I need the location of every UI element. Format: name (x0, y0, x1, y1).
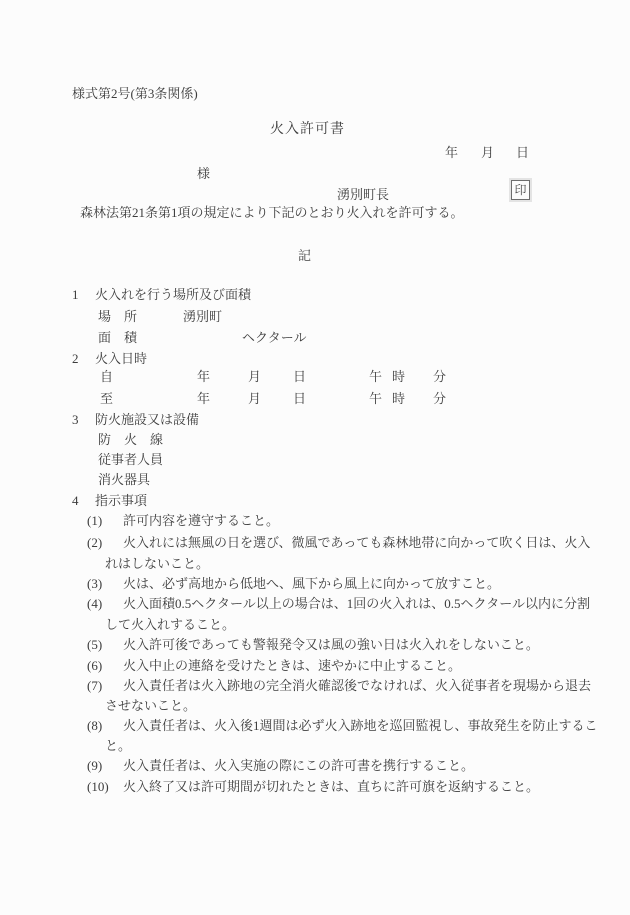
instruction-text: 許可内容を遵守すること。 (123, 513, 279, 528)
instruction-text: 火入れには無風の日を選び、微風であっても森林地帯に向かって吹く日は、火入 (123, 535, 590, 550)
instruction-item-7-continuation: させないこと。 (105, 698, 196, 713)
extinguisher-line: 消火器具 (98, 472, 150, 487)
issuer-name: 湧別町長 (337, 187, 389, 202)
section-4-number: 4 (72, 493, 79, 508)
instruction-item-10: (10) 火入終了又は許可期間が切れたときは、直ちに許可旗を返納すること。 (0, 779, 630, 794)
instruction-text: 火入中止の連絡を受けたときは、速やかに中止すること。 (123, 658, 461, 673)
instruction-number: (5) (87, 637, 102, 652)
section-1-title: 火入れを行う場所及び面積 (95, 287, 251, 302)
instruction-item-3: (3) 火は、必ず高地から低地へ、風下から風上に向かって放すこと。 (0, 576, 630, 591)
instruction-text: 火は、必ず高地から低地へ、風下から風上に向かって放すこと。 (123, 576, 500, 591)
instruction-text: 火入面積0.5ヘクタール以上の場合は、1回の火入れは、0.5ヘクタール以内に分割 (123, 596, 590, 611)
seal-stamp-icon: 印 (511, 180, 530, 200)
area-label: 面 積 (98, 330, 137, 345)
instruction-item-4-continuation: して火入れすること。 (105, 617, 235, 632)
month-label: 月 (248, 391, 261, 406)
instruction-number: (7) (87, 678, 102, 693)
instruction-item-9: (9) 火入責任者は、火入実施の際にこの許可書を携行すること。 (0, 758, 630, 773)
day-label: 日 (293, 369, 306, 384)
firebreak-line: 防 火 線 (98, 432, 163, 447)
place-label: 場 所 (98, 309, 137, 324)
area-unit: ヘクタール (242, 330, 306, 345)
instruction-item-8-continuation: と。 (105, 738, 131, 753)
instruction-item-1: (1) 許可内容を遵守すること。 (0, 513, 630, 528)
instruction-item-6: (6) 火入中止の連絡を受けたときは、速やかに中止すること。 (0, 658, 630, 673)
section-3-heading: 3 防火施設又は設備 (0, 412, 630, 427)
instruction-number: (6) (87, 658, 102, 673)
section-1-number: 1 (72, 287, 79, 302)
year-label: 年 (197, 369, 210, 384)
section-4-title: 指示事項 (95, 493, 147, 508)
issue-date-line: 年 月 日 (0, 145, 630, 160)
datetime-from-row: 自 年 月 日 午 時 分 (0, 369, 630, 384)
instruction-number: (3) (87, 576, 102, 591)
instruction-number: (10) (87, 779, 109, 794)
instruction-number: (8) (87, 718, 102, 733)
section-3-number: 3 (72, 412, 79, 427)
instruction-text: 火入終了又は許可期間が切れたときは、直ちに許可旗を返納すること。 (123, 779, 539, 794)
fire-permit-document: 様式第2号(第3条関係) 火入許可書 年 月 日 様 湧別町長 印 森林法第21… (0, 0, 630, 915)
document-title: 火入許可書 (270, 122, 345, 137)
ampm-label: 午 (369, 391, 382, 406)
record-marker: 記 (298, 248, 311, 263)
instruction-text: 火入責任者は、火入実施の際にこの許可書を携行すること。 (123, 758, 474, 773)
section-3-title: 防火施設又は設備 (95, 412, 199, 427)
instruction-text: 火入責任者は火入跡地の完全消火確認後でなければ、火入従事者を現場から退去 (123, 678, 591, 693)
month-label: 月 (248, 369, 261, 384)
ampm-label: 午 (369, 369, 382, 384)
section-2-title: 火入日時 (95, 351, 147, 366)
instruction-item-8: (8) 火入責任者は、火入後1週間は必ず火入跡地を巡回監視し、事故発生を防止する… (0, 718, 630, 733)
section-2-number: 2 (72, 351, 79, 366)
hour-label: 時 (392, 391, 405, 406)
permit-preamble: 森林法第21条第1項の規定により下記のとおり火入れを許可する。 (80, 205, 464, 220)
issue-month-label: 月 (481, 145, 494, 160)
instruction-text: 火入責任者は、火入後1週間は必ず火入跡地を巡回監視し、事故発生を防止するこ (123, 718, 598, 733)
section-2-heading: 2 火入日時 (0, 351, 630, 366)
instruction-item-2-continuation: れはしないこと。 (105, 556, 209, 571)
minute-label: 分 (433, 391, 446, 406)
from-label: 自 (100, 369, 113, 384)
minute-label: 分 (433, 369, 446, 384)
instruction-text: 火入許可後であっても警報発令又は風の強い日は火入れをしないこと。 (123, 637, 539, 652)
instruction-number: (2) (87, 535, 102, 550)
day-label: 日 (293, 391, 306, 406)
instruction-number: (4) (87, 596, 102, 611)
instruction-item-2: (2) 火入れには無風の日を選び、微風であっても森林地帯に向かって吹く日は、火入 (0, 535, 630, 550)
instruction-item-7: (7) 火入責任者は火入跡地の完全消火確認後でなければ、火入従事者を現場から退去 (0, 678, 630, 693)
area-field: 面 積 ヘクタール (0, 330, 630, 345)
personnel-line: 従事者人員 (98, 452, 163, 467)
section-4-heading: 4 指示事項 (0, 493, 630, 508)
instruction-item-5: (5) 火入許可後であっても警報発令又は風の強い日は火入れをしないこと。 (0, 637, 630, 652)
datetime-to-row: 至 年 月 日 午 時 分 (0, 391, 630, 406)
form-number: 様式第2号(第3条関係) (72, 86, 198, 101)
place-value: 湧別町 (183, 309, 222, 324)
issue-year-label: 年 (445, 145, 458, 160)
section-1-heading: 1 火入れを行う場所及び面積 (0, 287, 630, 302)
place-field: 場 所 湧別町 (0, 309, 630, 324)
year-label: 年 (197, 391, 210, 406)
instruction-number: (1) (87, 513, 102, 528)
issue-day-label: 日 (516, 145, 529, 160)
hour-label: 時 (392, 369, 405, 384)
instruction-number: (9) (87, 758, 102, 773)
to-label: 至 (100, 391, 113, 406)
addressee-honorific: 様 (197, 166, 210, 181)
instruction-item-4: (4) 火入面積0.5ヘクタール以上の場合は、1回の火入れは、0.5ヘクタール以… (0, 596, 630, 611)
